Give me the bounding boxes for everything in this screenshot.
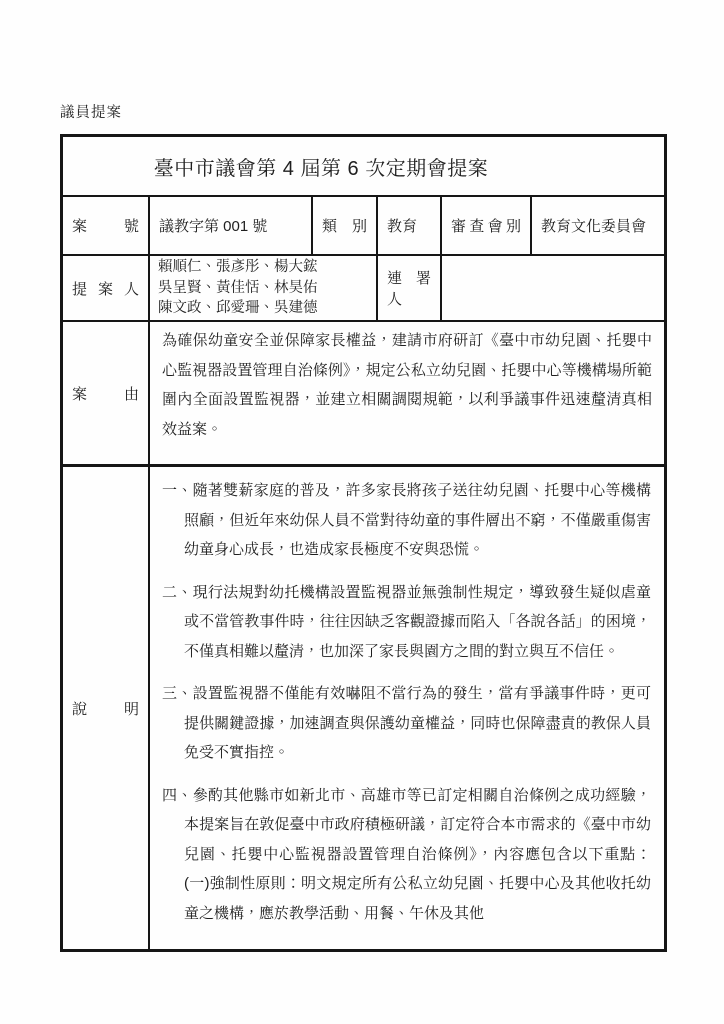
review-committee-label-text: 審查會別 bbox=[451, 215, 521, 236]
proposal-table: 臺中市議會第 4 屆第 6 次定期會提案 案號 議教字第 001 號 類別 教育… bbox=[60, 134, 667, 952]
paragraph-text: 參酌其他縣市如新北市、高雄市等已訂定相關自治條例之成功經驗，本提案旨在敦促臺中市… bbox=[184, 787, 651, 922]
co-signers-label-text: 連署人 bbox=[387, 267, 431, 309]
co-signers-value bbox=[442, 256, 664, 322]
proposers-label: 提案人 bbox=[63, 256, 150, 322]
explanation-paragraph-3: 三、設置監視器不僅能有效嚇阻不當行為的發生，當有爭議事件時，更可提供關鍵證據，加… bbox=[162, 679, 651, 768]
explanation-label-text: 說明 bbox=[72, 698, 139, 719]
paragraph-number: 四、 bbox=[162, 787, 193, 804]
document-page: 議員提案 臺中市議會第 4 屆第 6 次定期會提案 案號 議教字第 001 號 … bbox=[0, 0, 724, 1024]
case-number-label-text: 案號 bbox=[72, 215, 139, 236]
doc-type-label: 議員提案 bbox=[60, 101, 122, 122]
explanation-paragraph-2: 二、現行法規對幼托機構設置監視器並無強制性規定，導致發生疑似虐童或不當管教事件時… bbox=[162, 578, 651, 667]
case-number-label: 案號 bbox=[63, 197, 150, 256]
paragraph-text: 隨著雙薪家庭的普及，許多家長將孩子送往幼兒園、托嬰中心等機構照顧，但近年來幼保人… bbox=[184, 482, 651, 558]
co-signers-label: 連署人 bbox=[378, 256, 442, 322]
paragraph-number: 二、 bbox=[162, 584, 193, 601]
category-label: 類別 bbox=[313, 197, 378, 256]
proposer-line: 吳呈賢、黃佳恬、林昊佑 bbox=[158, 278, 368, 299]
category-value: 教育 bbox=[378, 197, 442, 256]
proposer-line: 賴順仁、張彥彤、楊大鋐 bbox=[158, 257, 368, 278]
proposer-line: 陳文政、邱愛珊、吳建德 bbox=[158, 298, 368, 319]
subject-label: 案由 bbox=[63, 322, 150, 467]
explanation-label: 說明 bbox=[63, 467, 150, 949]
proposers-label-text: 提案人 bbox=[72, 278, 139, 299]
subject-text: 為確保幼童安全並保障家長權益，建請市府研訂《臺中市幼兒園、托嬰中心監視器設置管理… bbox=[150, 322, 664, 467]
explanation-content: 一、隨著雙薪家庭的普及，許多家長將孩子送往幼兒園、托嬰中心等機構照顧，但近年來幼… bbox=[150, 467, 664, 949]
paragraph-text: 現行法規對幼托機構設置監視器並無強制性規定，導致發生疑似虐童或不當管教事件時，往… bbox=[184, 584, 651, 660]
proposers-value: 賴順仁、張彥彤、楊大鋐 吳呈賢、黃佳恬、林昊佑 陳文政、邱愛珊、吳建德 bbox=[150, 256, 378, 322]
paragraph-text: 設置監視器不僅能有效嚇阻不當行為的發生，當有爭議事件時，更可提供關鍵證據，加速調… bbox=[184, 685, 651, 761]
paragraph-number: 三、 bbox=[162, 685, 193, 702]
proposal-title: 臺中市議會第 4 屆第 6 次定期會提案 bbox=[63, 137, 664, 197]
explanation-paragraph-1: 一、隨著雙薪家庭的普及，許多家長將孩子送往幼兒園、托嬰中心等機構照顧，但近年來幼… bbox=[162, 476, 651, 565]
subject-label-text: 案由 bbox=[72, 383, 139, 404]
review-committee-value: 教育文化委員會 bbox=[532, 197, 664, 256]
explanation-paragraph-4: 四、參酌其他縣市如新北市、高雄市等已訂定相關自治條例之成功經驗，本提案旨在敦促臺… bbox=[162, 781, 651, 929]
review-committee-label: 審查會別 bbox=[442, 197, 532, 256]
category-label-text: 類別 bbox=[322, 215, 367, 236]
case-number-value: 議教字第 001 號 bbox=[150, 197, 313, 256]
paragraph-number: 一、 bbox=[162, 482, 193, 499]
